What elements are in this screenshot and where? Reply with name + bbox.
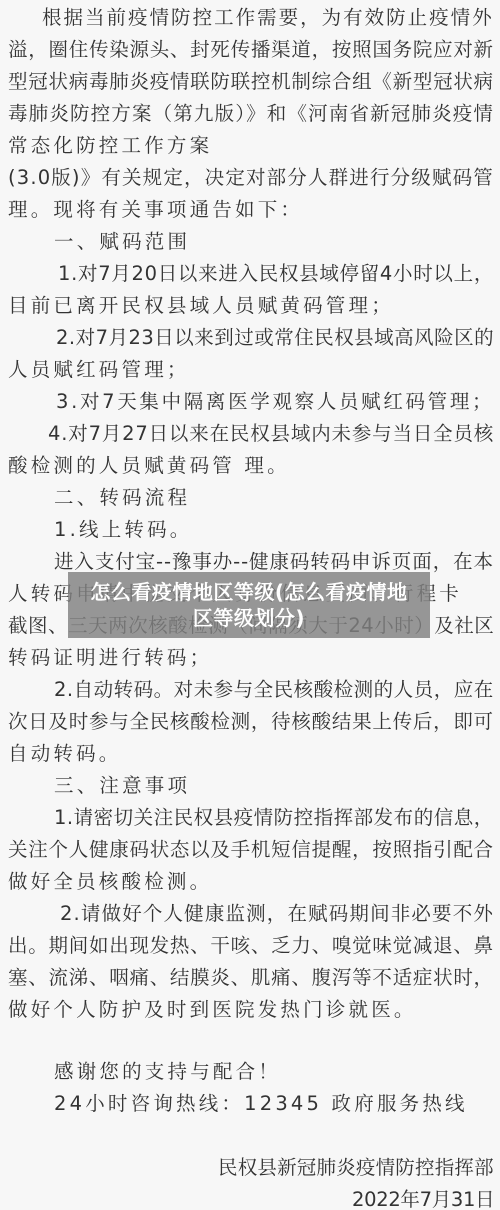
document-line: 理。现将有关事项通告如下： (8, 194, 303, 226)
document-line: 目前已离开民权县域人员赋黄码管理； (8, 290, 394, 322)
document-line: 1.线上转码。 (54, 514, 193, 546)
document-line: 一、赋码范围 (54, 226, 190, 258)
document-line: 溢，圈住传染源头、封死传播渠道，按照国务院应对新 (8, 34, 494, 66)
document-line: 做好个人防护及时到医院发热门诊就医。 (8, 994, 417, 1026)
document-line: 出。期间如出现发热、干咳、乏力、嗅觉味觉减退、鼻 (8, 930, 494, 962)
document-line: 人员赋红码管理； (8, 354, 190, 386)
document-line: 三、注意事项 (54, 770, 190, 802)
document-line: (3.0版)》有关规定，决定对部分人群进行分级赋码管 (8, 162, 494, 194)
document-line: 3.对7天集中隔离医学观察人员赋红码管理； (56, 386, 494, 418)
article-title-banner[interactable]: 怎么看疫情地区等级(怎么看疫情地区等级划分) (68, 572, 430, 638)
document-line: 型冠状病毒肺炎疫情联防联控机制综合组《新型冠状病 (8, 66, 494, 98)
document-line: 毒肺炎防控方案（第九版）》和《河南省新冠肺炎疫情 (8, 98, 494, 130)
document-line: 根据当前疫情防控工作需要，为有效防止疫情外 (42, 2, 494, 34)
article-title: 怎么看疫情地区等级(怎么看疫情地区等级划分) (84, 579, 414, 631)
document-line: 民权县新冠肺炎疫情防控指挥部 (218, 1152, 494, 1184)
document-line: 次日及时参与全民核酸检测，待核酸结果上传后，即可 (8, 706, 494, 738)
document-line: 2.请做好个人健康监测，在赋码期间非必要不外 (60, 898, 494, 930)
document-line: 二、转码流程 (54, 482, 190, 514)
document-line: 转码证明进行转码； (8, 642, 212, 674)
document-line: 1.对7月20日以来进入民权县域停留4小时以上， (58, 258, 494, 290)
document-line: 关注个人健康码状态以及手机短信提醒，按照指引配合 (8, 834, 494, 866)
document-line: 2.自动转码。对未参与全民核酸检测的人员，应在 (54, 674, 494, 706)
document-line: 常态化防控工作方案 (8, 130, 212, 162)
document-line: 做好全员核酸检测。 (8, 866, 212, 898)
document-line: 自动转码。 (8, 738, 122, 770)
document-line: 酸检测的人员赋黄码管 理。 (8, 450, 290, 482)
document-line: 24小时咨询热线：12345 政府服务热线 (54, 1088, 468, 1120)
document-line: 4.对7月27日以来在民权县域内未参与当日全员核 (48, 418, 494, 450)
document-line: 1.请密切关注民权县疫情防控指挥部发布的信息， (54, 802, 494, 834)
document-line: 感谢您的支持与配合！ (54, 1056, 281, 1088)
document-line: 塞、流涕、咽痛、结膜炎、肌痛、腹泻等不适症状时， (8, 962, 494, 994)
document-line: 2.对7月23日以来到过或常住民权县域高风险区的 (56, 322, 494, 354)
document-line: 2022年7月31日 (352, 1184, 494, 1210)
